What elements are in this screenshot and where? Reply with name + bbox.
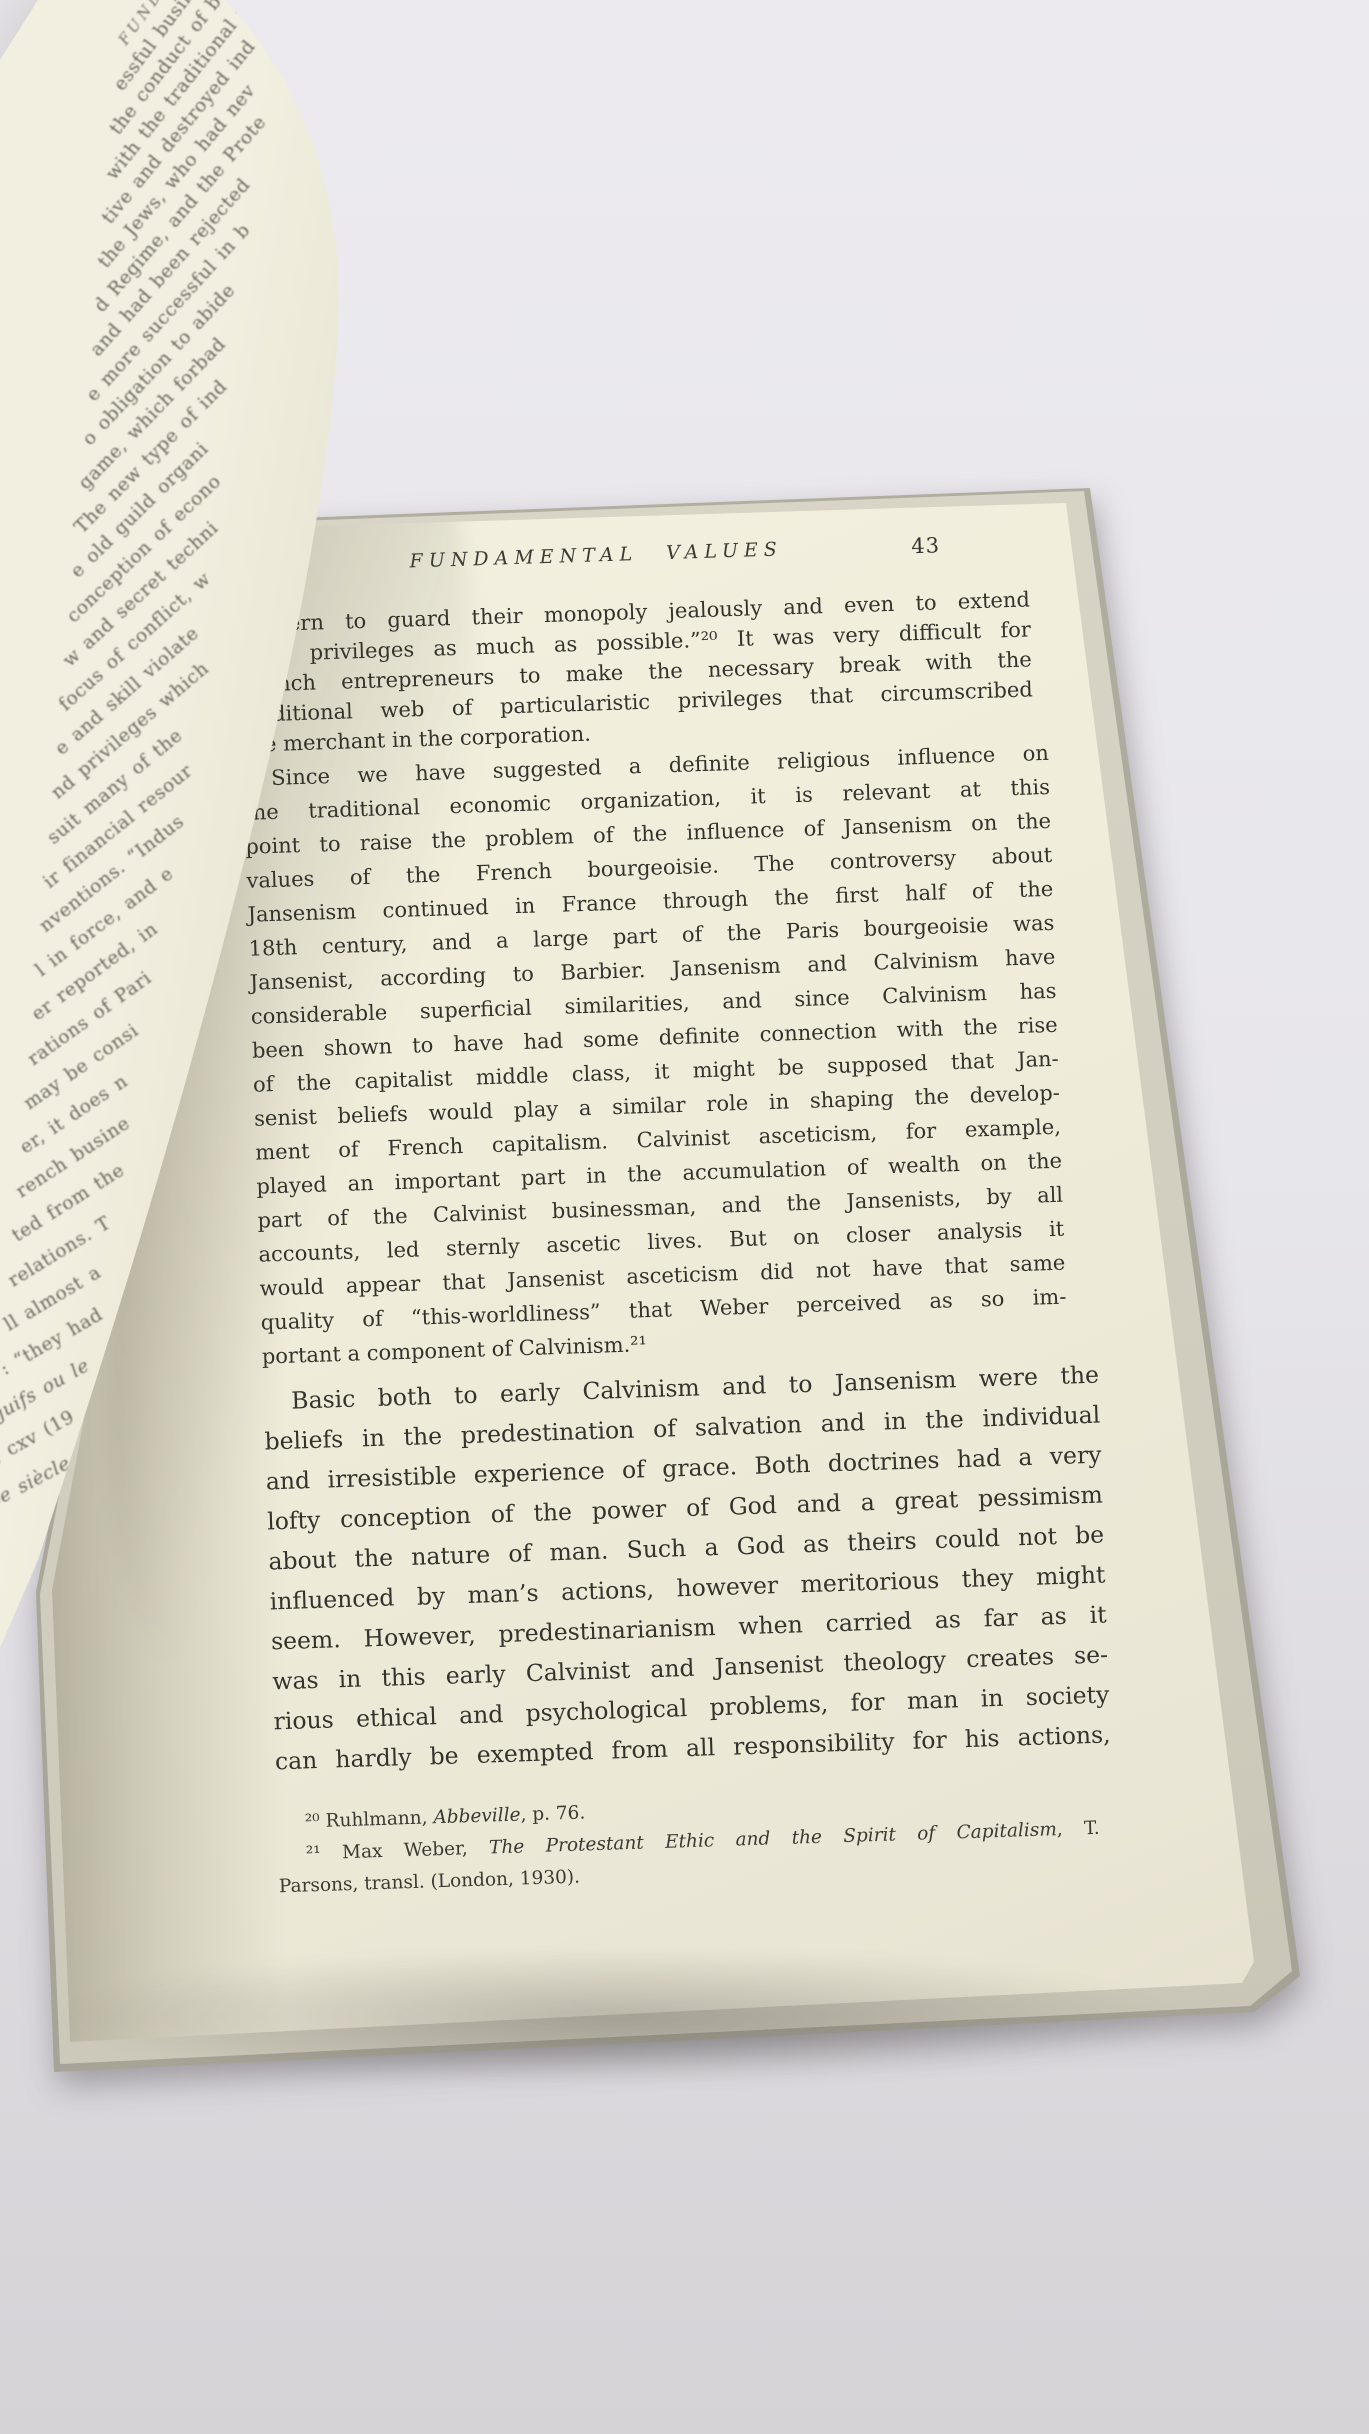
text: , p. 76. bbox=[520, 1802, 585, 1825]
text: ²¹ Max Weber, bbox=[306, 1838, 490, 1865]
page-number: 43 bbox=[911, 533, 940, 558]
footnotes: ²⁰ Ruhlmann, Abbeville, p. 76.²¹ Max Web… bbox=[276, 1781, 1101, 1903]
right-page-content: FUNDAMENTAL VALUES 43 concern to guard t… bbox=[236, 528, 1149, 1903]
paragraph-1: concern to guard their monopoly jealousl… bbox=[238, 584, 1034, 759]
italic-text: Abbeville bbox=[433, 1804, 521, 1828]
paragraph-3: Basic both to early Calvinism and to Jan… bbox=[263, 1355, 1111, 1782]
text: , T. bbox=[1056, 1818, 1099, 1840]
paragraph-2: Since we have suggested a definite relig… bbox=[243, 736, 1068, 1374]
book-photo: FUNDAMENTAL VALUES 43 concern to guard t… bbox=[0, 0, 1369, 2434]
text: ²⁰ Ruhlmann, bbox=[305, 1807, 434, 1832]
